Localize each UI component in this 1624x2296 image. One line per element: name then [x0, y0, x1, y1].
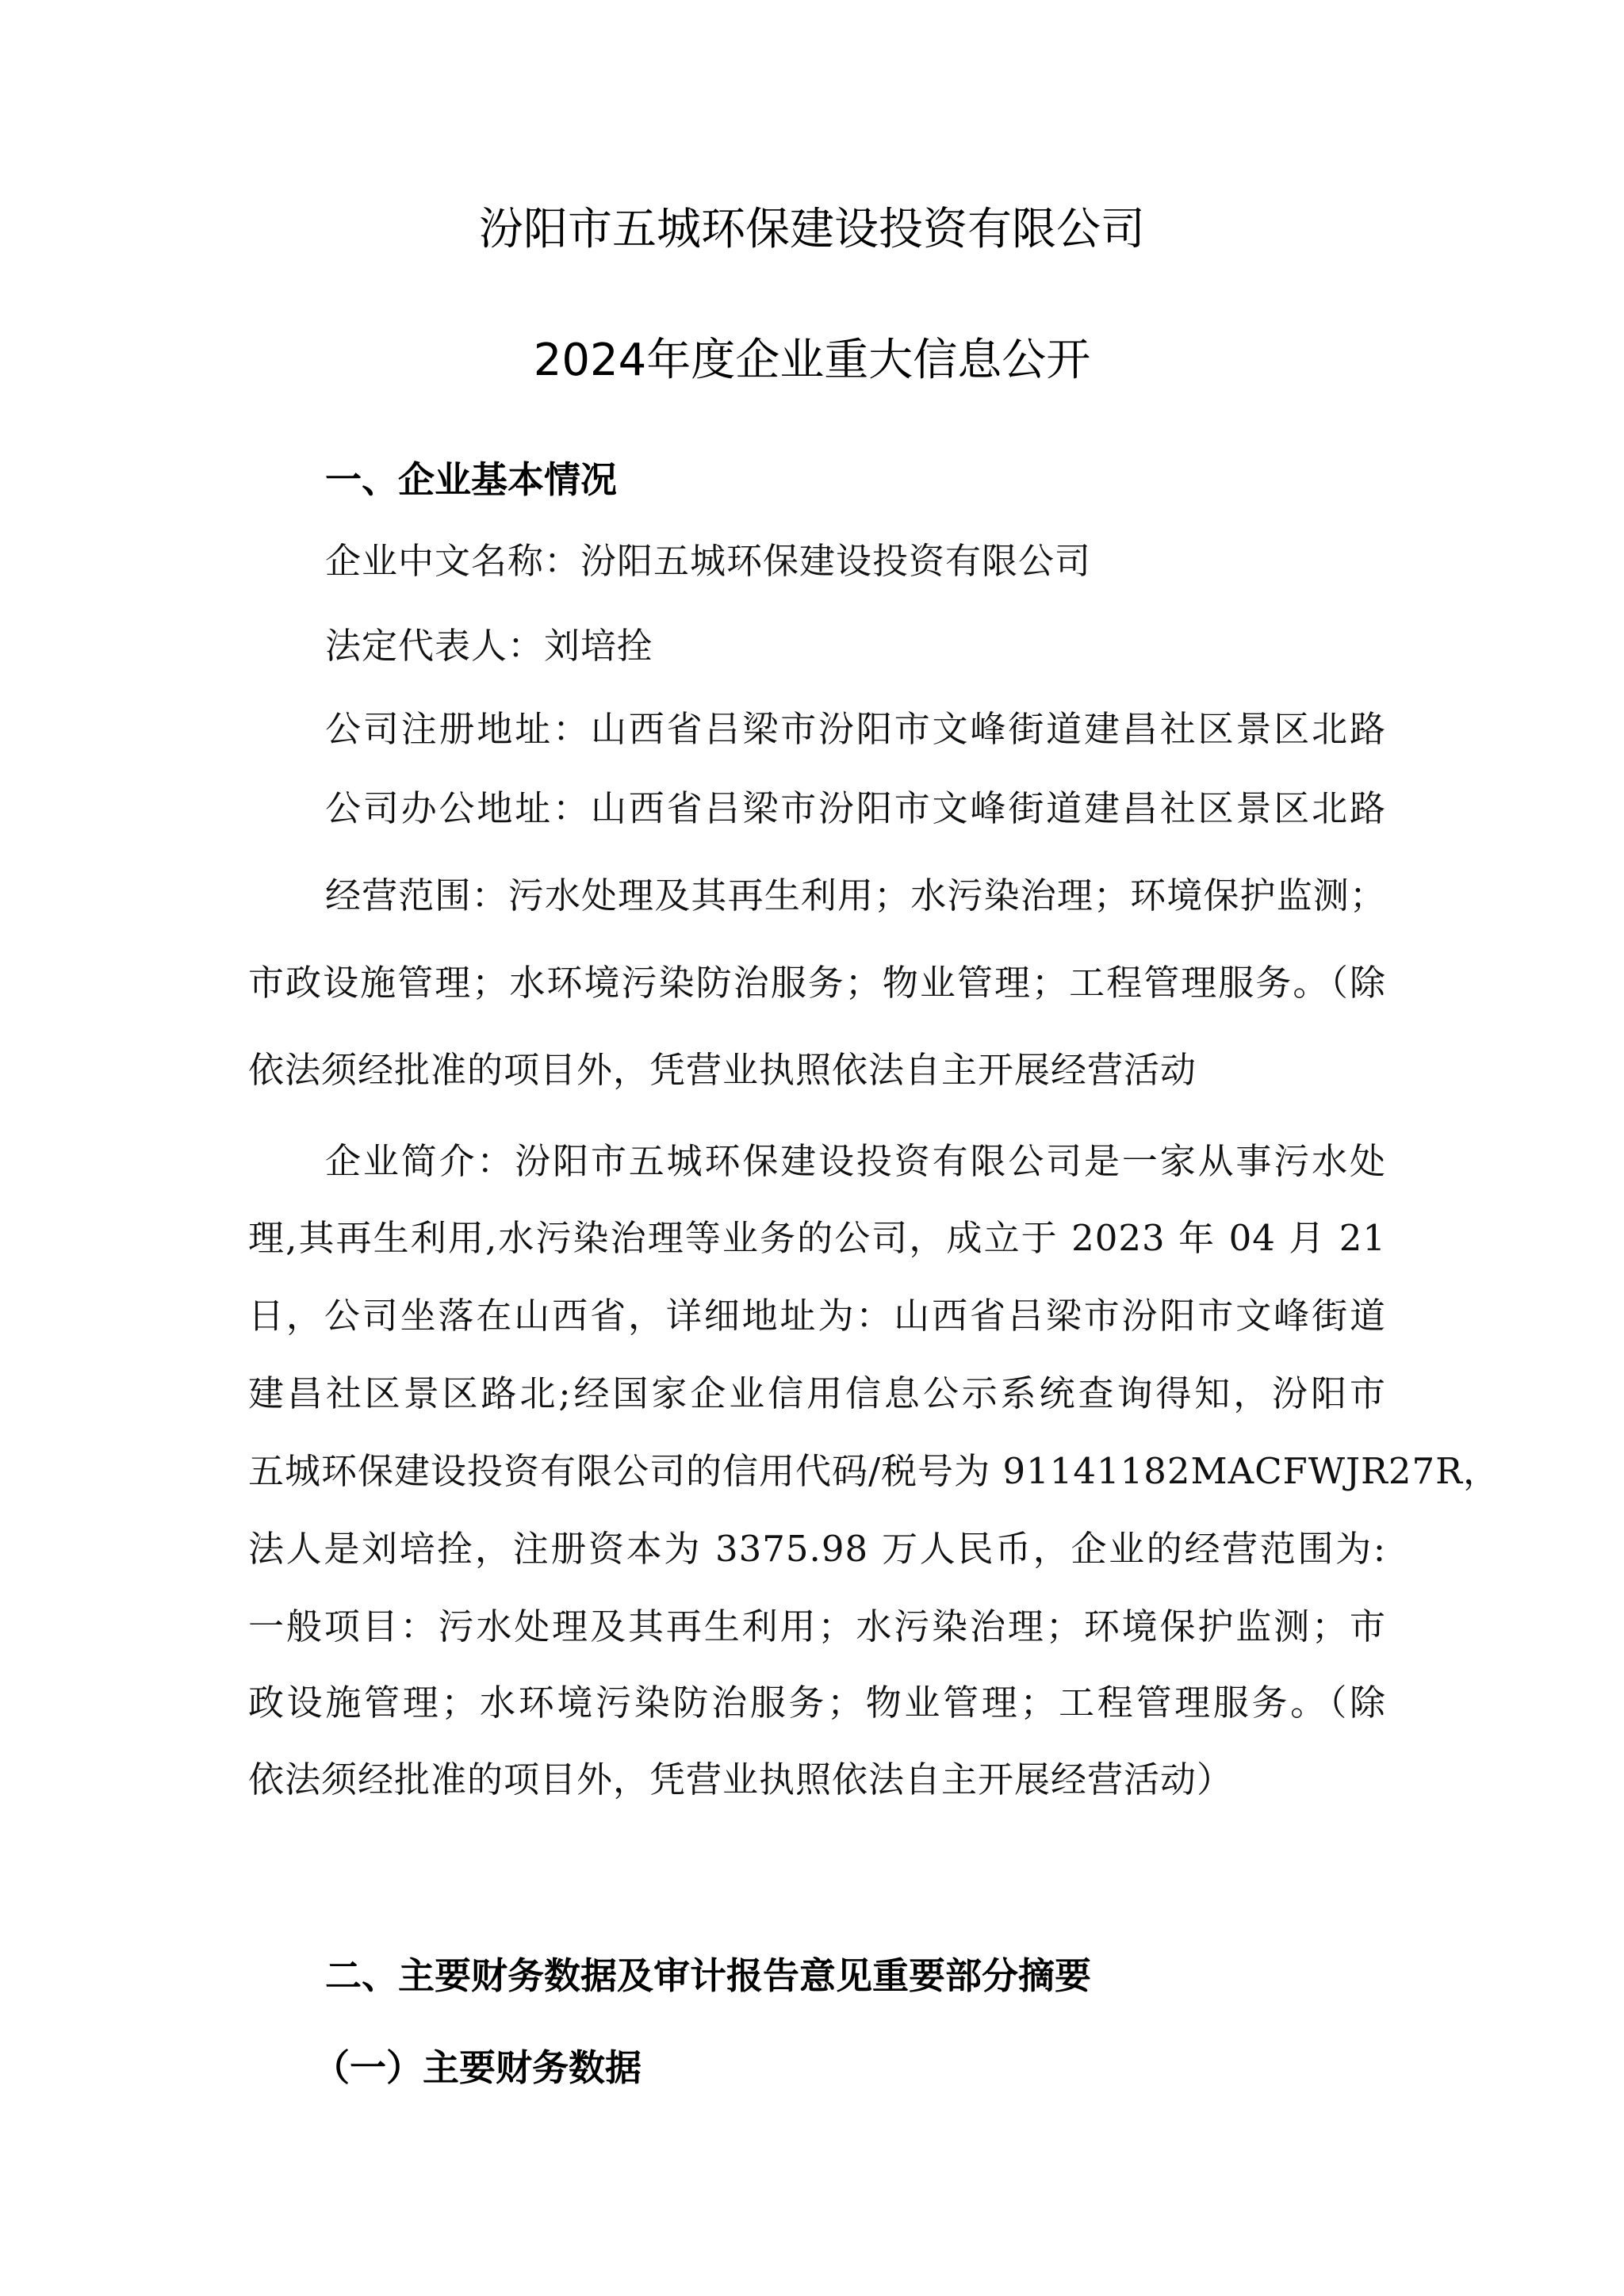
intro-line: 理,其再生利用,水污染治理等业务的公司，成立于 2023 年 04 月 21	[248, 1215, 1386, 1262]
intro-line: 一般项目：污水处理及其再生利用；水污染治理；环境保护监测；市	[248, 1603, 1386, 1651]
intro-line: 依法须经批准的项目外，凭营业执照依法自主开展经营活动）	[248, 1756, 1233, 1804]
intro-line: 法人是刘培拴，注册资本为 3375.98 万人民币，企业的经营范围为:	[248, 1525, 1386, 1573]
business-scope-line: 市政设施管理；水环境污染防治服务；物业管理；工程管理服务。（除	[248, 959, 1386, 1007]
intro-line: 日，公司坐落在山西省，详细地址为：山西省吕梁市汾阳市文峰街道	[248, 1292, 1386, 1340]
registered-address-field: 公司注册地址：山西省吕梁市汾阳市文峰街道建昌社区景区北路	[325, 706, 1386, 753]
intro-line: 五城环保建设投资有限公司的信用代码/税号为 91141182MACFWJR27R…	[248, 1448, 1386, 1495]
section2-subheading: （一）主要财务数据	[313, 2044, 642, 2091]
intro-line: 建昌社区景区路北;经国家企业信用信息公示系统查询得知，汾阳市	[248, 1370, 1386, 1418]
document-title-year: 2024年度企业重大信息公开	[0, 333, 1624, 388]
business-scope-line: 经营范围：污水处理及其再生利用；水污染治理；环境保护监测；	[325, 872, 1386, 920]
office-address-field: 公司办公地址：山西省吕梁市汾阳市文峰街道建昌社区景区北路	[325, 785, 1386, 832]
intro-line: 企业简介：汾阳市五城环保建设投资有限公司是一家从事污水处	[325, 1138, 1386, 1185]
legal-representative-field: 法定代表人：刘培拴	[325, 622, 653, 670]
company-name-field: 企业中文名称：汾阳五城环保建设投资有限公司	[325, 538, 1091, 585]
document-title-company: 汾阳市五城环保建设投资有限公司	[0, 202, 1624, 258]
business-scope-line: 依法须经批准的项目外，凭营业执照依法自主开展经营活动	[248, 1047, 1197, 1094]
section1-heading: 一、企业基本情况	[325, 456, 617, 503]
intro-line: 政设施管理；水环境污染防治服务；物业管理；工程管理服务。（除	[248, 1679, 1386, 1727]
document-page: 汾阳市五城环保建设投资有限公司 2024年度企业重大信息公开 一、企业基本情况 …	[0, 0, 1624, 2296]
section2-heading: 二、主要财务数据及审计报告意见重要部分摘要	[325, 1952, 1091, 1999]
